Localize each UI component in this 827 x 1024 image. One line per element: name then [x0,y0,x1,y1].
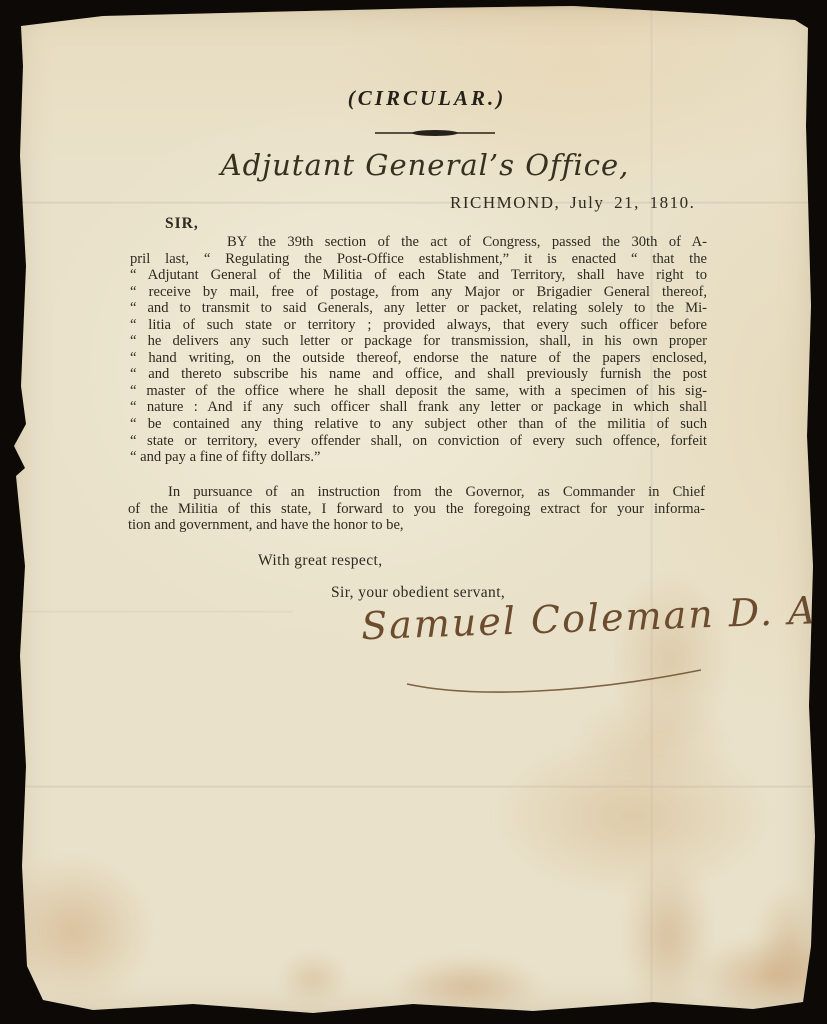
divider-ornament [375,125,495,143]
body-line: “ state or territory, every offender sha… [130,433,707,450]
body-line: “ nature : And if any such officer shall… [130,399,707,416]
quoted-extract-paragraph: BY the 39th section of the act of Congre… [130,234,707,466]
dateline: RICHMOND, July 21, 1810. [450,193,695,213]
fold-crease-bottom [13,786,817,789]
closing-respect: With great respect, [258,552,382,570]
water-stain [753,886,823,1006]
pursuance-paragraph: In pursuance of an instruction from the … [128,484,705,534]
body-line: “ Adjutant General of the Militia of eac… [130,267,707,284]
body-line: “ and to transmit to said Generals, any … [130,300,707,317]
body-line: “ and thereto subscribe his name and off… [130,366,707,383]
letter-paper: (CIRCULAR.) Adjutant General’s Office, R… [13,6,817,1015]
signature-flourish [401,664,711,701]
office-title: Adjutant General’s Office, [23,148,827,182]
body-line: In pursuance of an instruction from the … [128,484,705,501]
body-line: of the Militia of this state, I forward … [128,501,705,518]
water-stain [393,956,543,1016]
water-stain [623,856,713,1016]
body-line: “ and pay a fine of fifty dollars.” [130,449,707,466]
body-line: “ be contained any thing relative to any… [130,416,707,433]
body-line: pril last, “ Regulating the Post-Office … [130,251,707,268]
water-stain [278,951,348,1006]
circular-heading: (CIRCULAR.) [25,86,827,111]
salutation: SIR, [165,215,199,233]
body-line: “ hand writing, on the outside thereof, … [130,350,707,367]
water-stain [693,936,827,1016]
body-line: “ he delivers any such letter or package… [130,333,707,350]
body-line: “ master of the office where he shall de… [130,383,707,400]
scan-background: { "colors": { "background": "#0c0906", "… [0,0,827,1024]
body-line: BY the 39th section of the act of Congre… [130,234,707,251]
body-line: tion and government, and have the honor … [128,517,705,534]
water-stain [493,736,773,896]
fold-crease-middle [13,611,293,614]
fold-crease-top [13,202,817,205]
body-line: “ litia of such state or territory ; pro… [130,317,707,334]
body-line: “ receive by mail, free of postage, from… [130,284,707,301]
water-stain [0,856,153,1006]
